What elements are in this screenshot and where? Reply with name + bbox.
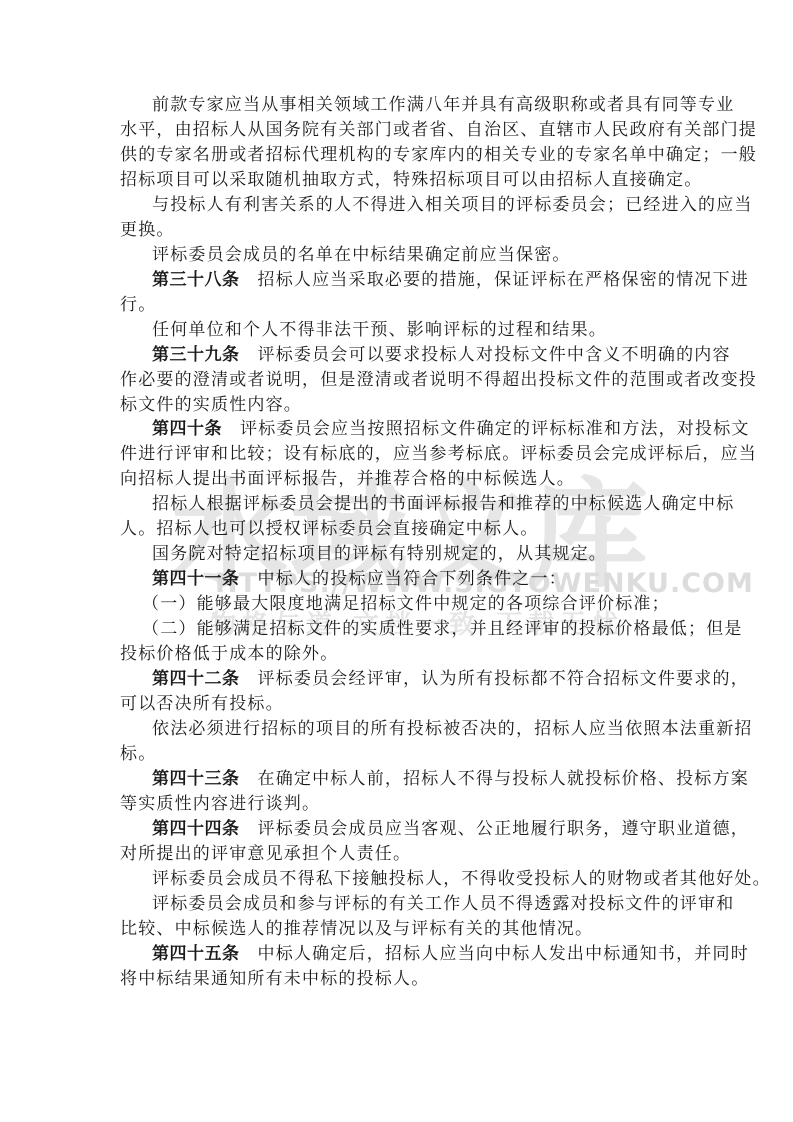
paragraph-line: 等实质性内容进行谈判。 bbox=[120, 792, 320, 816]
article-paragraph-line: 第四十条评标委员会应当按照招标文件确定的评标标准和方法，对投标文 bbox=[152, 417, 750, 441]
line-text: 人。招标人也可以授权评标委员会直接确定中标人。 bbox=[120, 519, 539, 539]
paragraph-line: 招标项目可以采取随机抽取方式，特殊招标项目可以由招标人直接确定。 bbox=[120, 168, 702, 192]
article-paragraph-line: 第四十三条在确定中标人前，招标人不得与投标人就投标价格、投标方案 bbox=[152, 767, 749, 791]
paragraph-line: 国务院对特定招标项目的评标有特别规定的，从其规定。 bbox=[152, 542, 607, 566]
paragraph-line: 标文件的实质性内容。 bbox=[120, 393, 302, 417]
paragraph-line: 任何单位和个人不得非法干预、影响评标的过程和结果。 bbox=[152, 318, 607, 342]
article-number: 第四十二条 bbox=[152, 669, 240, 689]
paragraph-line: 评标委员会成员和参与评标的有关工作人员不得透露对投标文件的评审和 bbox=[152, 892, 734, 916]
article-number: 第四十五条 bbox=[152, 944, 240, 964]
paragraph-line: 前款专家应当从事相关领域工作满八年并具有高级职称或者具有同等专业 bbox=[152, 93, 734, 117]
line-text: 国务院对特定招标项目的评标有特别规定的，从其规定。 bbox=[152, 544, 607, 564]
line-text: 水平，由招标人从国务院有关部门或者省、自治区、直辖市人民政府有关部门提 bbox=[120, 120, 757, 140]
article-number: 第四十三条 bbox=[152, 769, 240, 789]
line-text: 任何单位和个人不得非法干预、影响评标的过程和结果。 bbox=[152, 320, 607, 340]
line-text: 标文件的实质性内容。 bbox=[120, 395, 302, 415]
line-text: 投标价格低于成本的除外。 bbox=[120, 644, 338, 664]
line-text: 评标委员会可以要求投标人对投标文件中含义不明确的内容 bbox=[258, 345, 731, 365]
article-paragraph-line: 第四十一条中标人的投标应当符合下列条件之一： bbox=[152, 567, 567, 591]
line-text: 与投标人有利害关系的人不得进入相关项目的评标委员会；已经进入的应当 bbox=[152, 195, 753, 215]
line-text: 件进行评审和比较；设有标底的，应当参考标底。评标委员会完成评标后，应当 bbox=[120, 444, 757, 464]
line-text: 评标委员会应当按照招标文件确定的评标标准和方法，对投标文 bbox=[240, 419, 750, 439]
article-number: 第三十八条 bbox=[152, 270, 240, 290]
article-number: 第四十条 bbox=[152, 419, 222, 439]
paragraph-line: 更换。 bbox=[120, 218, 175, 242]
line-text: 依法必须进行招标的项目的所有投标被否决的，招标人应当依照本法重新招 bbox=[152, 719, 753, 739]
line-text: 评标委员会成员和参与评标的有关工作人员不得透露对投标文件的评审和 bbox=[152, 894, 734, 914]
paragraph-line: 行。 bbox=[120, 293, 156, 317]
line-text: 评标委员会成员不得私下接触投标人，不得收受投标人的财物或者其他好处。 bbox=[152, 869, 771, 889]
line-text: 等实质性内容进行谈判。 bbox=[120, 794, 320, 814]
paragraph-line: 人。招标人也可以授权评标委员会直接确定中标人。 bbox=[120, 517, 539, 541]
line-text: 评标委员会成员应当客观、公正地履行职务，遵守职业道德， bbox=[258, 819, 749, 839]
line-text: 将中标结果通知所有未中标的投标人。 bbox=[120, 969, 429, 989]
paragraph-line: 可以否决所有投标。 bbox=[120, 692, 284, 716]
article-number: 第三十九条 bbox=[152, 345, 240, 365]
line-text: 评标委员会经评审，认为所有投标都不符合招标文件要求的， bbox=[258, 669, 749, 689]
paragraph-line: 评标委员会成员的名单在中标结果确定前应当保密。 bbox=[152, 243, 571, 267]
article-paragraph-line: 第三十八条招标人应当采取必要的措施，保证评标在严格保密的情况下进 bbox=[152, 268, 749, 292]
line-text: 中标人的投标应当符合下列条件之一： bbox=[258, 569, 567, 589]
article-paragraph-line: 第四十四条评标委员会成员应当客观、公正地履行职务，遵守职业道德， bbox=[152, 817, 749, 841]
line-text: 中标人确定后，招标人应当向中标人发出中标通知书，并同时 bbox=[258, 944, 749, 964]
paragraph-line: 评标委员会成员不得私下接触投标人，不得收受投标人的财物或者其他好处。 bbox=[152, 867, 771, 891]
line-text: 招标人应当采取必要的措施，保证评标在严格保密的情况下进 bbox=[258, 270, 749, 290]
line-text: 评标委员会成员的名单在中标结果确定前应当保密。 bbox=[152, 245, 571, 265]
line-text: 向招标人提出书面评标报告，并推荐合格的中标候选人。 bbox=[120, 469, 575, 489]
paragraph-line: 水平，由招标人从国务院有关部门或者省、自治区、直辖市人民政府有关部门提 bbox=[120, 118, 757, 142]
line-text: （二）能够满足招标文件的实质性要求，并且经评审的投标价格最低；但是 bbox=[142, 619, 743, 639]
line-text: 更换。 bbox=[120, 220, 175, 240]
article-paragraph-line: 第四十五条中标人确定后，招标人应当向中标人发出中标通知书，并同时 bbox=[152, 942, 749, 966]
paragraph-line: 件进行评审和比较；设有标底的，应当参考标底。评标委员会完成评标后，应当 bbox=[120, 442, 757, 466]
line-text: 比较、中标候选人的推荐情况以及与评标有关的其他情况。 bbox=[120, 919, 593, 939]
paragraph-line: 与投标人有利害关系的人不得进入相关项目的评标委员会；已经进入的应当 bbox=[152, 193, 753, 217]
paragraph-line: （一）能够最大限度地满足招标文件中规定的各项综合评价标准； bbox=[142, 592, 670, 616]
article-number: 第四十一条 bbox=[152, 569, 240, 589]
paragraph-line: 作必要的澄清或者说明，但是澄清或者说明不得超出投标文件的范围或者改变投 bbox=[120, 368, 757, 392]
paragraph-line: 将中标结果通知所有未中标的投标人。 bbox=[120, 967, 429, 991]
paragraph-line: 招标人根据评标委员会提出的书面评标报告和推荐的中标候选人确定中标 bbox=[152, 492, 734, 516]
paragraph-line: 依法必须进行招标的项目的所有投标被否决的，招标人应当依照本法重新招 bbox=[152, 717, 753, 741]
paragraph-line: 比较、中标候选人的推荐情况以及与评标有关的其他情况。 bbox=[120, 917, 593, 941]
line-text: 可以否决所有投标。 bbox=[120, 694, 284, 714]
paragraph-line: 对所提出的评审意见承担个人责任。 bbox=[120, 842, 411, 866]
line-text: 标。 bbox=[120, 744, 156, 764]
line-text: 供的专家名册或者招标代理机构的专家库内的相关专业的专家名单中确定；一般 bbox=[120, 145, 757, 165]
document-page: 前款专家应当从事相关领域工作满八年并具有高级职称或者具有同等专业水平，由招标人从… bbox=[0, 0, 793, 1122]
paragraph-line: 标。 bbox=[120, 742, 156, 766]
line-text: 行。 bbox=[120, 295, 156, 315]
line-text: （一）能够最大限度地满足招标文件中规定的各项综合评价标准； bbox=[142, 594, 670, 614]
article-paragraph-line: 第四十二条评标委员会经评审，认为所有投标都不符合招标文件要求的， bbox=[152, 667, 749, 691]
line-text: 对所提出的评审意见承担个人责任。 bbox=[120, 844, 411, 864]
line-text: 作必要的澄清或者说明，但是澄清或者说明不得超出投标文件的范围或者改变投 bbox=[120, 370, 757, 390]
line-text: 招标人根据评标委员会提出的书面评标报告和推荐的中标候选人确定中标 bbox=[152, 494, 734, 514]
line-text: 招标项目可以采取随机抽取方式，特殊招标项目可以由招标人直接确定。 bbox=[120, 170, 702, 190]
paragraph-line: 投标价格低于成本的除外。 bbox=[120, 642, 338, 666]
paragraph-line: 供的专家名册或者招标代理机构的专家库内的相关专业的专家名单中确定；一般 bbox=[120, 143, 757, 167]
line-text: 前款专家应当从事相关领域工作满八年并具有高级职称或者具有同等专业 bbox=[152, 95, 734, 115]
article-paragraph-line: 第三十九条评标委员会可以要求投标人对投标文件中含义不明确的内容 bbox=[152, 343, 731, 367]
article-number: 第四十四条 bbox=[152, 819, 240, 839]
paragraph-line: （二）能够满足招标文件的实质性要求，并且经评审的投标价格最低；但是 bbox=[142, 617, 743, 641]
line-text: 在确定中标人前，招标人不得与投标人就投标价格、投标方案 bbox=[258, 769, 749, 789]
paragraph-line: 向招标人提出书面评标报告，并推荐合格的中标候选人。 bbox=[120, 467, 575, 491]
